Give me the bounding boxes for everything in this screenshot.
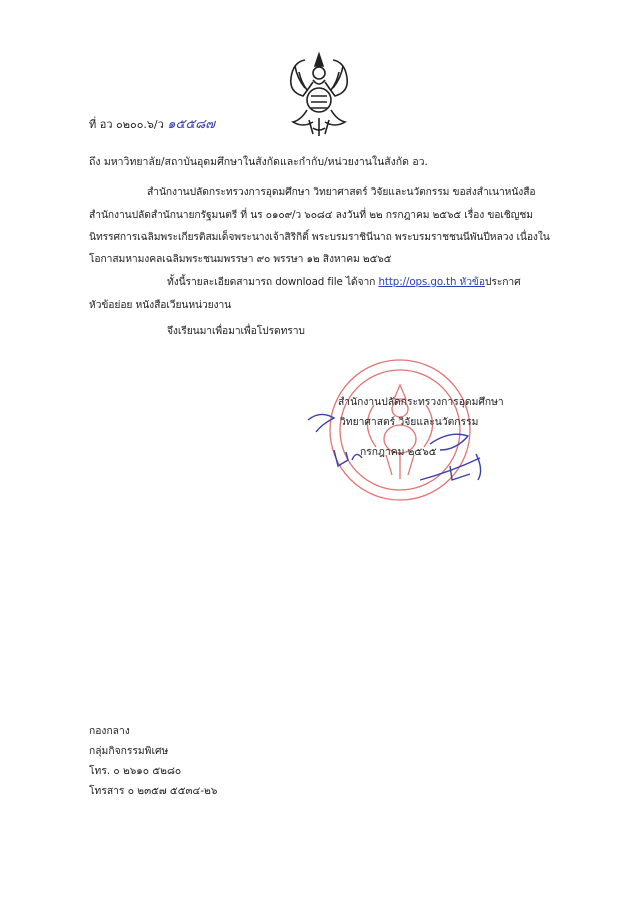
footer-group: กลุ่มกิจกรรมพิเศษ [89, 742, 168, 759]
signature-icon [300, 410, 500, 490]
download-text: ทั้งนี้รายละเอียดสามารถ download file ได… [167, 276, 375, 288]
footer-department: กองกลาง [89, 722, 130, 739]
body-line: สำนักงานปลัดสำนักนายกรัฐมนตรี ที่ นร ๐๑๐… [89, 206, 533, 223]
recipient-line: ถึง มหาวิทยาลัย/สถาบันอุดมศึกษาในสังกัดแ… [89, 153, 428, 170]
handwritten-number: ๑๕๕๘๗ [167, 117, 215, 132]
download-line: ทั้งนี้รายละเอียดสามารถ download file ได… [167, 273, 521, 290]
ops-link[interactable]: http://ops.go.th หัวข้อ [378, 276, 484, 288]
footer-fax: โทรสาร ๐ ๒๓๕๗ ๕๕๓๔-๒๖ [89, 782, 217, 799]
closing-line: จึงเรียนมาเพื่อมาเพื่อโปรดทราบ [167, 322, 305, 339]
body-line: หัวข้อย่อย หนังสือเวียนหน่วยงาน [89, 296, 231, 313]
reference-number: ที่ อว ๐๒๐๐.๖/ว ๑๕๕๘๗ [89, 113, 215, 134]
footer-phone: โทร. ๐ ๒๖๑๐ ๕๒๘๐ [89, 762, 181, 779]
body-line: โอกาสมหามงคลเฉลิมพระชนมพรรษา ๙๐ พรรษา ๑๒… [89, 250, 391, 267]
body-line: สำนักงานปลัดกระทรวงการอุดมศึกษา วิทยาศาส… [147, 183, 536, 200]
garuda-emblem-icon [283, 48, 355, 138]
signature-org-line1: สำนักงานปลัดกระทรวงการอุดมศึกษา [338, 393, 504, 410]
body-line: นิทรรศการเฉลิมพระเกียรติสมเด็จพระนางเจ้า… [89, 228, 550, 245]
download-suffix: ประกาศ [485, 276, 521, 288]
reference-label: ที่ อว ๐๒๐๐.๖/ว [89, 118, 164, 131]
